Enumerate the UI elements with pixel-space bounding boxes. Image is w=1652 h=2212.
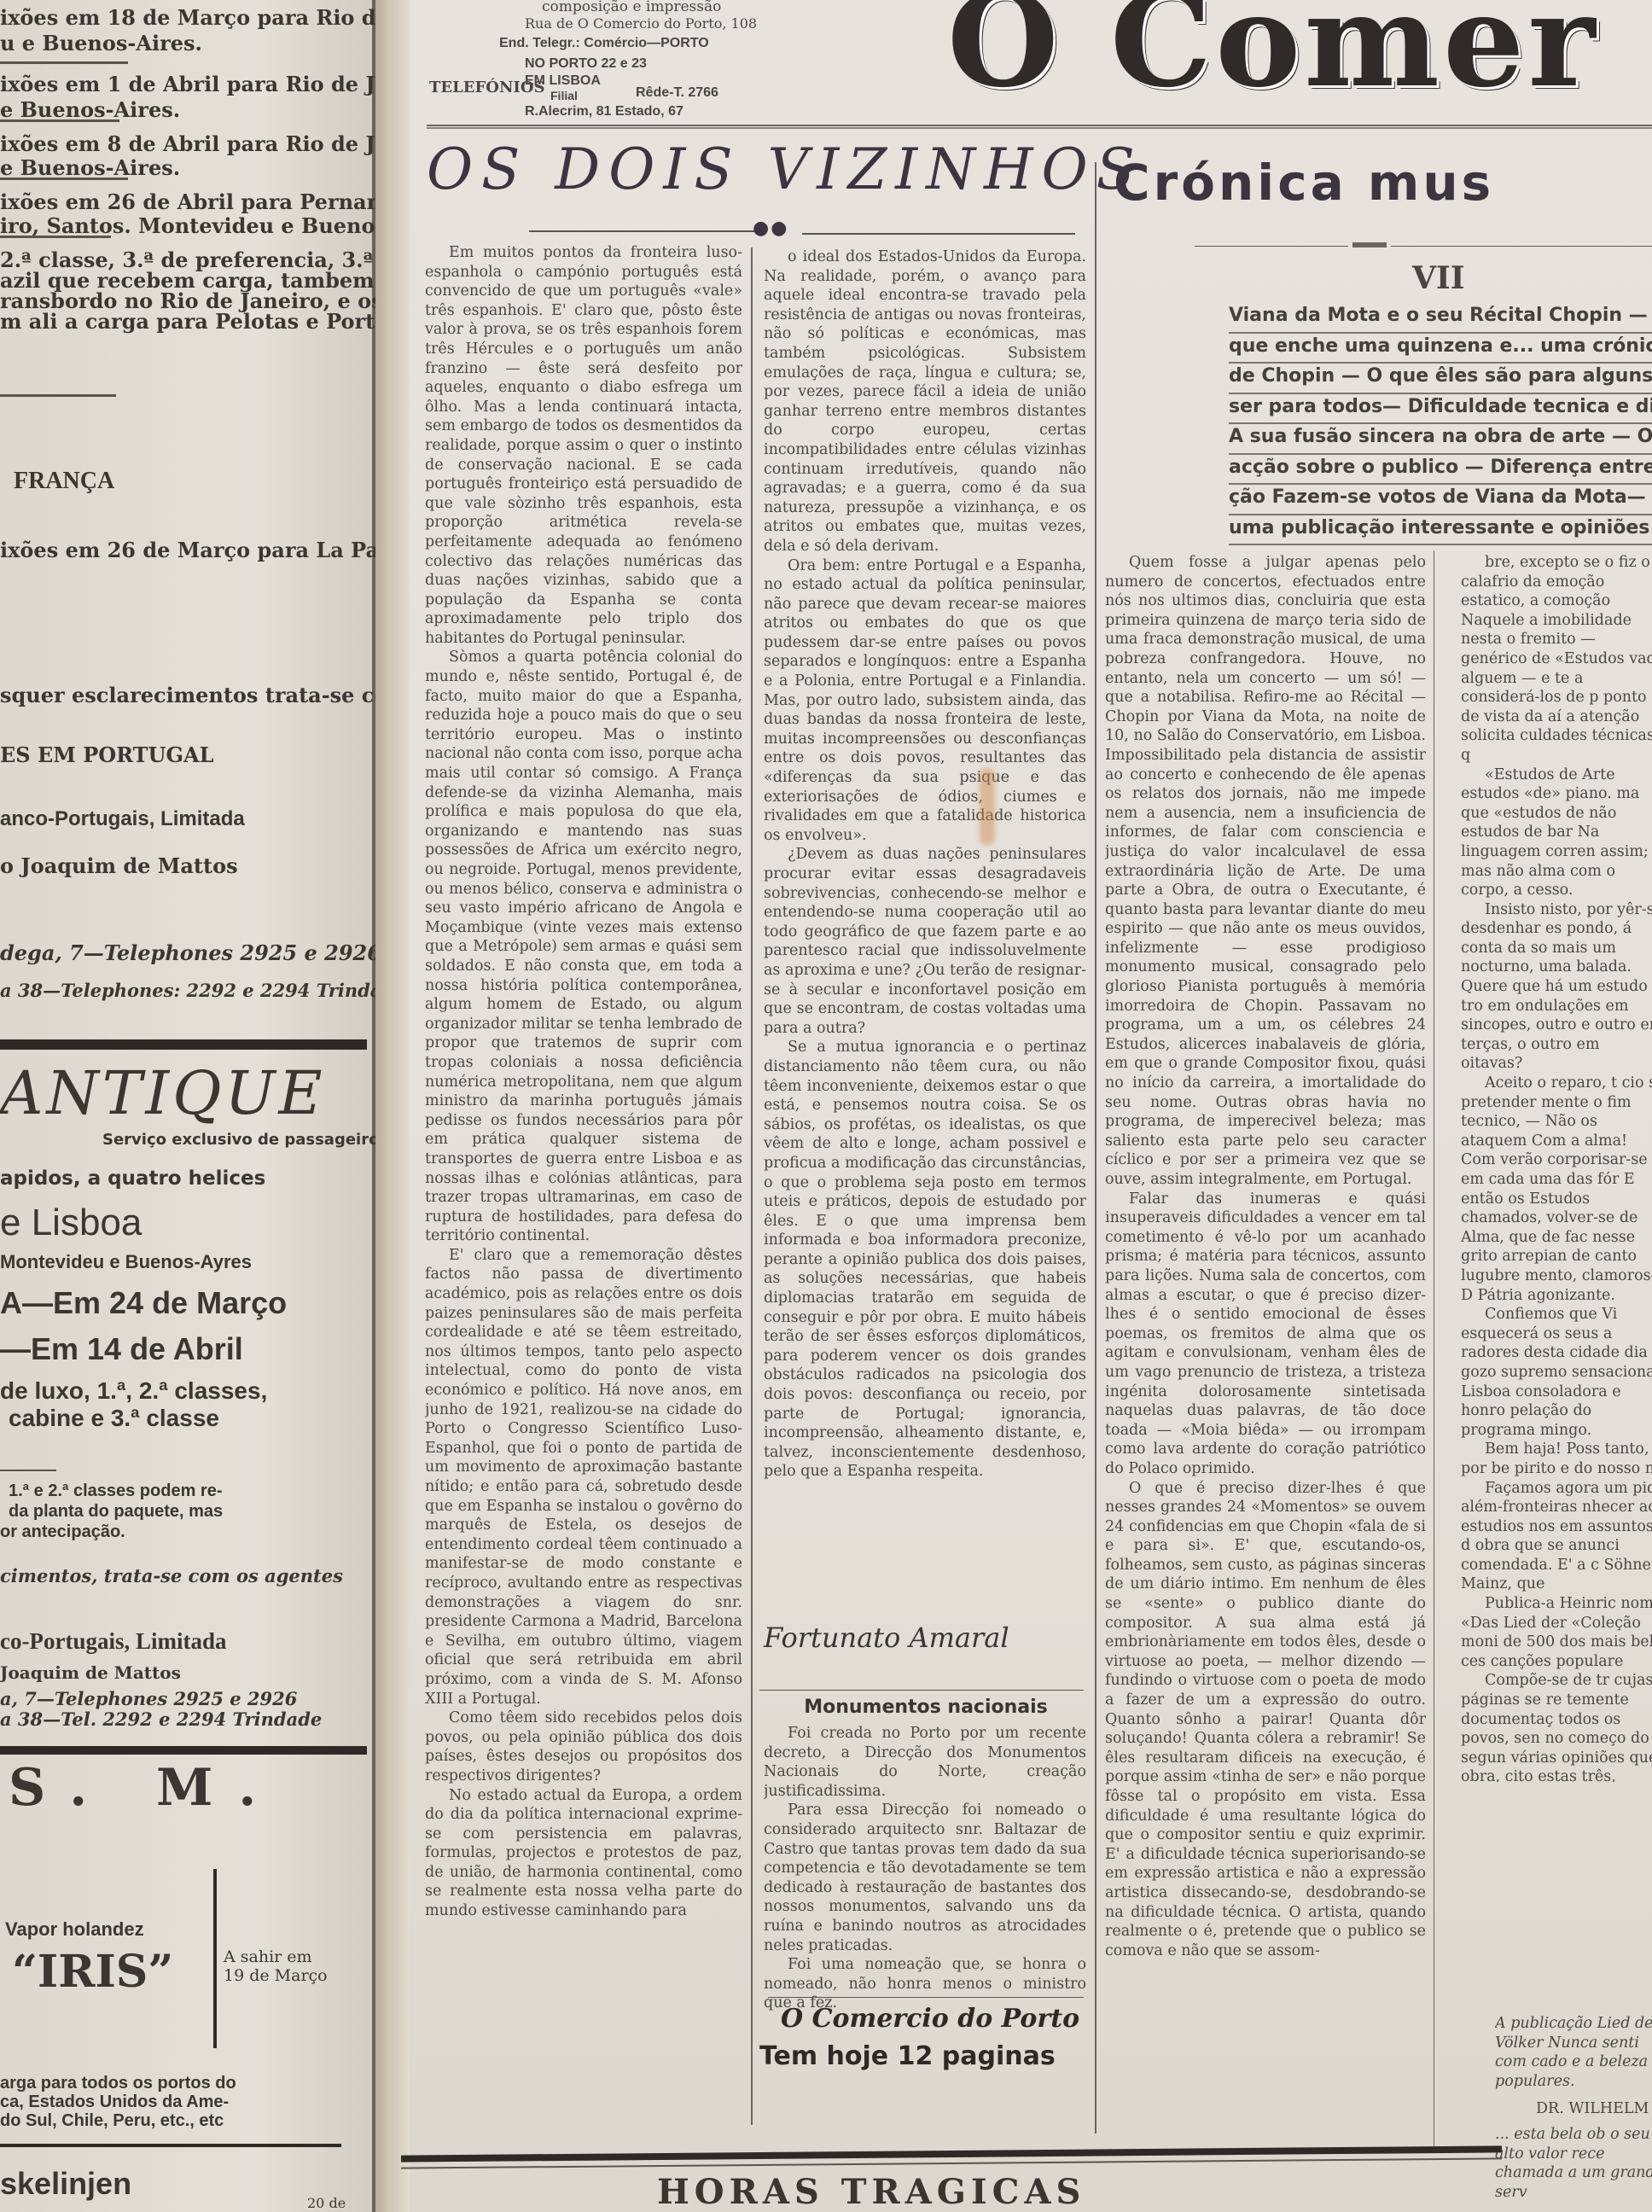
masthead-lisboa-rede: Rêde-T. 2766: [636, 85, 718, 101]
sm-cargo-2: ca, Estados Unidos da Ame-: [0, 2093, 229, 2112]
page-gutter: [375, 0, 410, 2212]
atlantique-port: e Lisboa: [0, 1202, 142, 1244]
cronica-ornament-left: [1195, 246, 1348, 247]
paragraph: ¿Devem as duas nações peninsulares procu…: [764, 845, 1086, 1038]
sm-next-date: 20 de: [307, 2195, 346, 2211]
atlantique-date-2: —Em 14 de Abril: [0, 1331, 243, 1367]
summary-line: A sua fusão sincera na obra de arte — O: [1229, 424, 1652, 455]
sailing-1-line2: u e Buenos-Aires.: [0, 31, 202, 55]
sm-departure-2: 19 de Março: [224, 1966, 328, 1985]
masthead-filial: Filial: [550, 89, 578, 102]
article-vizinhos-col-2: o ideal dos Estados-Unidos da Europa. Na…: [764, 247, 1086, 1613]
atlantique-title: ANTIQUE: [0, 1058, 326, 1128]
next-article-title: HORAS TRAGICAS: [657, 2172, 1085, 2212]
article-title-vizinhos: OS DOIS VIZINHOS: [427, 137, 1143, 202]
paragraph: Para essa Direcção foi nomeado o conside…: [764, 1801, 1086, 1955]
newspaper-logo: O Comer: [947, 0, 1599, 116]
atlantique-classes-1: de luxo, 1.ª, 2.ª classes,: [0, 1377, 267, 1405]
franca-company: anco-Portugais, Limitada: [0, 807, 245, 831]
separator: [0, 394, 116, 397]
summary-line: uma publicação interessante e opiniões q…: [1229, 515, 1652, 546]
cronica-number: VII: [1412, 260, 1465, 296]
paragraph: o ideal dos Estados-Unidos da Europa. Na…: [764, 247, 1086, 556]
cronica-quote-2: ... esta bela ob o seu alto valor rece c…: [1495, 2125, 1652, 2210]
paragraph: No estado actual da Europa, a ordem do d…: [425, 1786, 742, 1921]
franca-phone-2: a 38—Telephones: 2292 e 2294 Trindade: [0, 980, 405, 1001]
masthead-lisboa: EM LISBOA: [525, 73, 601, 89]
column-rule: [1434, 550, 1434, 2146]
summary-line: de Chopin — O que êles são para alguns e: [1229, 364, 1652, 394]
paragraph: Publica-a Heinric nome «Das Lied der «Co…: [1461, 1594, 1652, 1671]
atlantique-reserve-2: da planta do paquete, mas: [9, 1502, 223, 1522]
separator-ornament: [759, 1690, 1084, 1691]
paragraph: O que é preciso dizer-lhes é que nesses …: [1105, 1479, 1426, 1961]
sailing-2-line2: e Buenos-Aires.: [0, 97, 180, 122]
atlantique-company: co-Portugais, Limitada: [0, 1628, 226, 1655]
masthead-alecrim: R.Alecrim, 81 Estado, 67: [525, 104, 683, 119]
monumentos-body: Foi creada no Porto por um recente decre…: [764, 1724, 1086, 2014]
summary-line: acção sobre o publico — Diferença entre …: [1229, 455, 1652, 486]
masthead-telegraph: End. Telegr.: Comércio—PORTO: [499, 36, 709, 51]
sm-vapor: Vapor holandez: [5, 1918, 144, 1941]
atlantique-phone-2: a 38—Tel. 2292 e 2294 Trindade: [0, 1708, 322, 1730]
atlantique-phone-1: a, 7—Telephones 2925 e 2926: [0, 1688, 297, 1709]
separator: [0, 1470, 56, 1471]
franca-agents-heading: ES EM PORTUGAL: [0, 742, 213, 767]
cronica-quote: A publicação Lied der Völker Nunca senti…: [1495, 2014, 1652, 2091]
separator: [0, 236, 111, 238]
monumentos-heading: Monumentos nacionais: [764, 1697, 1088, 1718]
paragraph: Insisto nisto, por yêr-se desdenhar es p…: [1461, 900, 1652, 1074]
paragraph: Façamos agora um pida além-fronteiras nh…: [1461, 1479, 1652, 1595]
paragraph: Se a mutua ignorancia e o pertinaz dista…: [764, 1038, 1086, 1481]
column-rule: [751, 247, 753, 2125]
paragraph: Em muitos pontos da fronteira luso-espan…: [425, 243, 742, 648]
atlantique-info: cimentos, trata-se com os agentes: [0, 1565, 343, 1586]
atlantique-classes-2: cabine e 3.ª classe: [9, 1405, 219, 1432]
masthead-print-line: composição e impressão: [542, 0, 721, 15]
cronica-ornament-center: [1352, 242, 1387, 247]
sailing-3-line2: e Buenos-Aires.: [0, 155, 180, 180]
title-ornament-left: [529, 230, 759, 232]
masthead-rule: [427, 125, 1652, 129]
summary-line: Viana da Mota e o seu Récital Chopin — U: [1229, 303, 1652, 334]
sm-departure-1: A sahir em: [224, 1947, 312, 1966]
franca-sailing: ixões em 26 de Março para La Pallice: [0, 538, 428, 562]
paragraph: E' claro que a rememoração dêstes factos…: [425, 1246, 742, 1708]
cronica-quote-author: DR. WILHELM: [1536, 2099, 1652, 2120]
separator: [0, 119, 119, 122]
cronica-ornament-right: [1391, 246, 1652, 247]
author-signature: Fortunato Amaral: [764, 1621, 1009, 1654]
vertical-divider: [213, 1869, 217, 2048]
atlantique-agent: Joaquim de Mattos: [0, 1662, 181, 1683]
atlantique-reserve-3: or antecipação.: [0, 1522, 125, 1542]
summary-line: ser para todos— Dificuldade tecnica e di…: [1229, 394, 1652, 425]
paragraph: Aceito o reparo, t cio se pretender ment…: [1461, 1074, 1652, 1305]
summary-line: que enche uma quinzena e... uma crónica …: [1229, 334, 1652, 364]
thick-rule: [0, 1039, 367, 1050]
paragraph: Sòmos a quarta potência colonial do mund…: [425, 648, 742, 1245]
summary-line: ção Fazem-se votos de Viana da Mota—: [1229, 485, 1652, 515]
paragraph: Falar das inumeras e quási insuperaveis …: [1105, 1190, 1426, 1479]
paragraph: Compõe-se de tr cujas páginas se re teme…: [1461, 1671, 1652, 1782]
article-vizinhos-col-1: Em muitos pontos da fronteira luso-espan…: [425, 243, 742, 2129]
atlantique-service: Serviço exclusivo de passageiros: [102, 1131, 388, 1149]
sm-cargo-3: do Sul, Chile, Peru, etc., etc: [0, 2111, 224, 2131]
paper-stain: [980, 768, 995, 845]
paragraph: Ora bem: entre Portugal e a Espanha, no …: [764, 556, 1086, 846]
cronica-col-1: Quem fosse a julgar apenas pelo numero d…: [1105, 553, 1426, 2140]
promo-page-count: Tem hoje 12 paginas: [759, 2041, 1056, 2071]
sm-cargo-1: arga para todos os portos do: [0, 2074, 236, 2093]
paragraph: Quem fosse a julgar apenas pelo numero d…: [1105, 553, 1426, 1190]
masthead-porto-phone: NO PORTO 22 e 23: [525, 56, 647, 72]
sm-title: S. M.: [9, 1758, 282, 1818]
title-ornament-right: [802, 233, 1075, 235]
paragraph: bre, excepto se o fiz o calafrio da emoç…: [1461, 553, 1652, 765]
atlantique-reserve-1: 1.ª e 2.ª classes podem re-: [9, 1481, 223, 1501]
separator: [0, 2144, 341, 2147]
paragraph: «Estudos de Arte estudos «de» piano. ma …: [1461, 765, 1652, 900]
franca-agent: o Joaquim de Mattos: [0, 853, 238, 878]
cronica-col-2: bre, excepto se o fiz o calafrio da emoç…: [1461, 553, 1652, 1782]
separator-ornament: [768, 1997, 1084, 1998]
paragraph: Foi creada no Porto por um recente decre…: [764, 1724, 1086, 1801]
atlantique-destinations: Montevideu e Buenos-Ayres: [0, 1251, 252, 1273]
thick-rule: [0, 1746, 367, 1755]
paragraph: Bem haja! Poss tanto, por be pirito e do…: [1461, 1440, 1652, 1478]
masthead-address: Rua de O Comercio do Porto, 108: [525, 15, 757, 32]
atlantique-date-1: A—Em 24 de Março: [0, 1285, 287, 1321]
separator: [0, 61, 128, 64]
paragraph: Confiemos que Vi esquecerá os seus a rad…: [1461, 1305, 1652, 1440]
franca-phone-1: dega, 7—Telephones 2925 e 2926: [0, 940, 381, 965]
paragraph: Como têem sido recebidos pelos dois povo…: [425, 1708, 742, 1785]
franca-heading: FRANÇA: [14, 468, 114, 495]
sm-next-line: skelinjen: [0, 2166, 131, 2202]
cronica-summary: Viana da Mota e o seu Récital Chopin — U…: [1229, 303, 1652, 545]
cargo-note-4: m ali a carga para Pelotas e Porto: [0, 309, 388, 334]
left-page-ads: ixões em 18 de Março para Rio de Janeiro…: [0, 0, 375, 2212]
promo-paper-name: O Comercio do Porto: [781, 2004, 1079, 2034]
article-title-cronica: Crónica mus: [1114, 154, 1494, 212]
ornament-dots: ●●: [753, 218, 788, 239]
sm-ship-name: “IRIS”: [12, 1946, 173, 1998]
atlantique-ships: apidos, a quatro helices: [0, 1167, 265, 1190]
separator: [0, 178, 128, 180]
column-rule: [1095, 162, 1096, 2133]
